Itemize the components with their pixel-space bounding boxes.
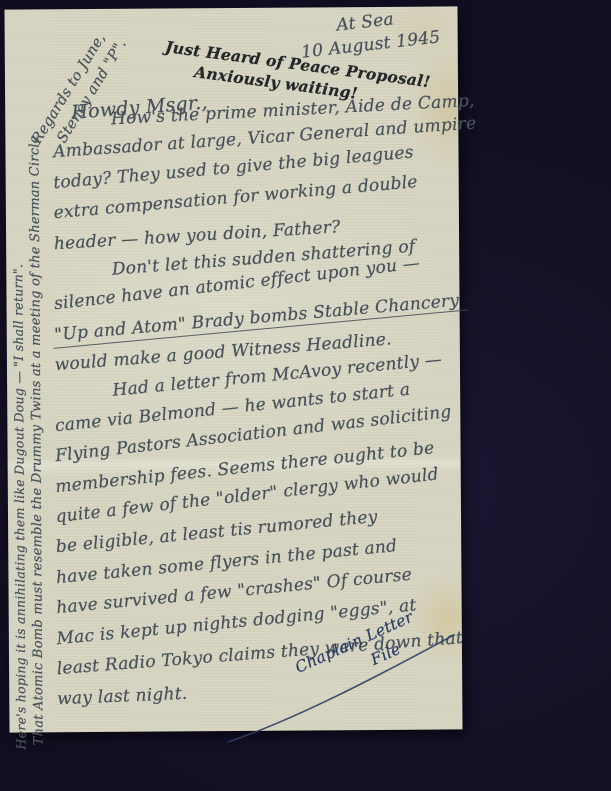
margin-note-inner: That Atomic Bomb must resemble the Drumm… (26, 95, 48, 745)
letter-paper: Regards to June, Steney and "P". Here's … (4, 6, 462, 732)
scanned-letter-page: { "colors": { "scan_background": "#15112… (0, 0, 611, 791)
